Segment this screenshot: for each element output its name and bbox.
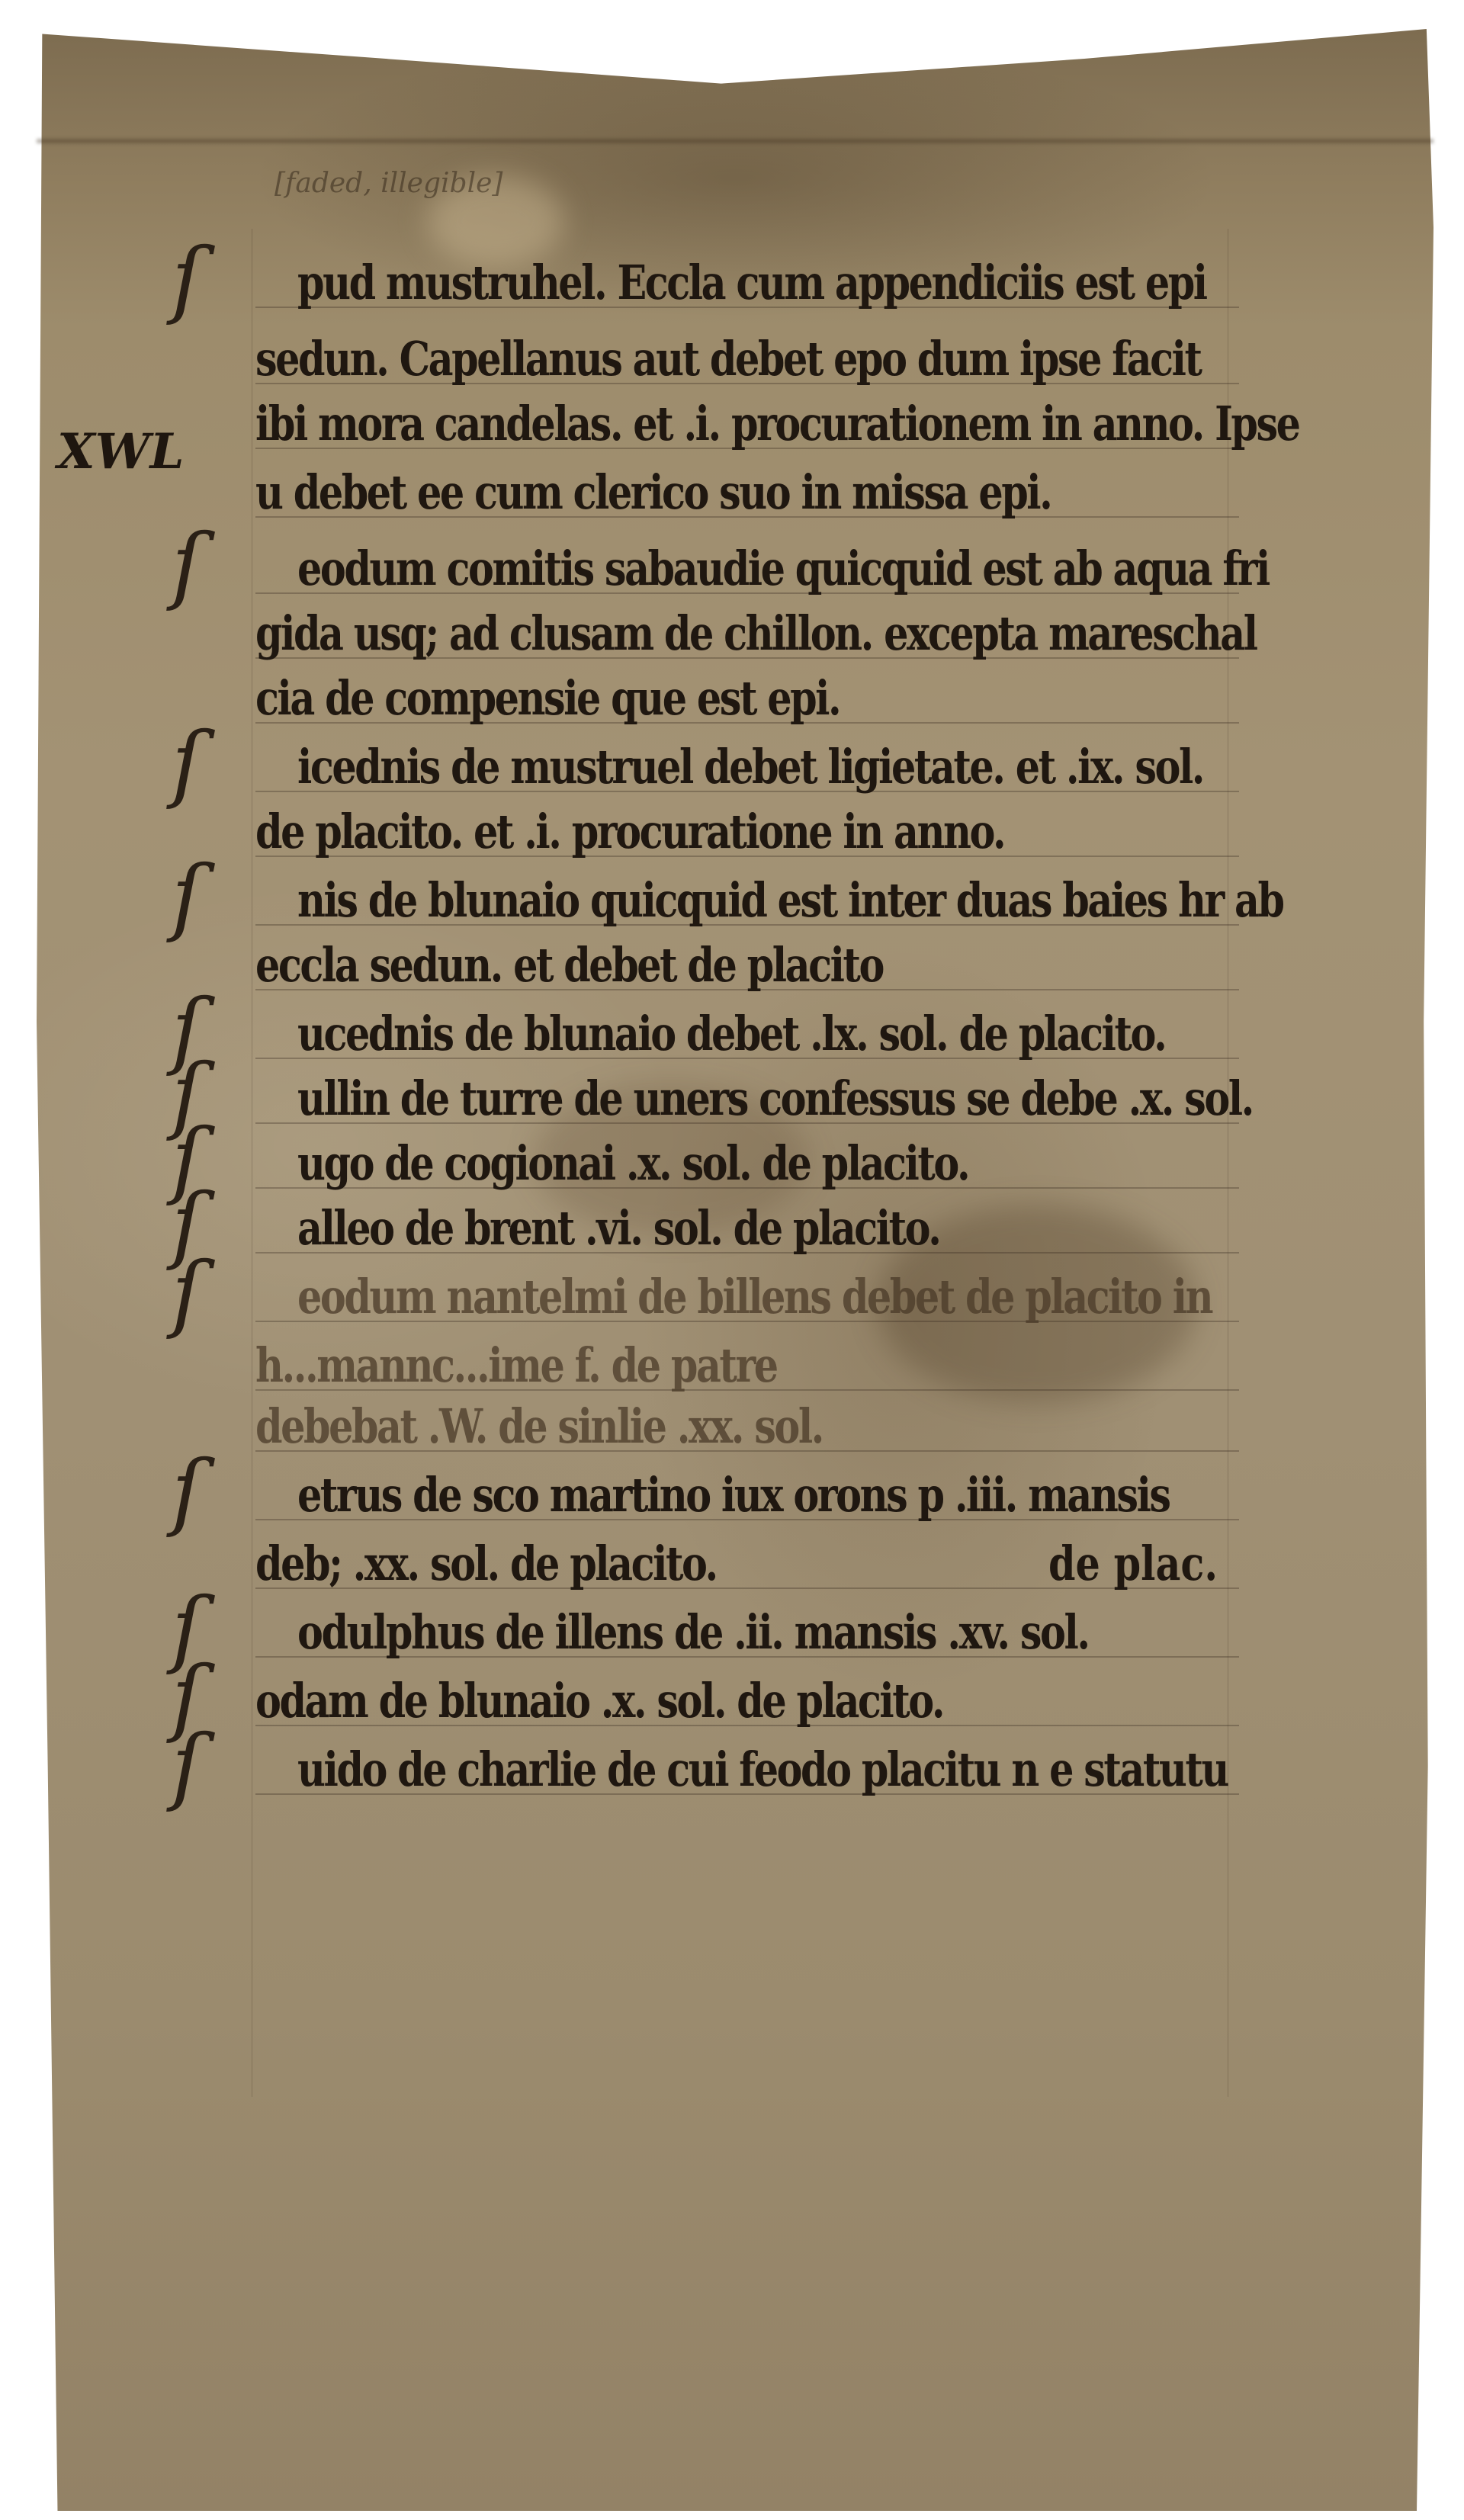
marginal-correction: de plac.	[1048, 1540, 1218, 1587]
manuscript-line: etrus de sco martino iux orons p .iii. m…	[297, 1472, 1170, 1519]
manuscript-line: icednis de mustruel debet ligietate. et …	[297, 743, 1203, 791]
manuscript-line: gida usq; ad clusam de chillon. excepta …	[255, 610, 1257, 657]
manuscript-line: ibi mora candelas. et .i. procurationem …	[255, 400, 1299, 448]
manuscript-line: sedun. Capellanus aut debet epo dum ipse…	[255, 335, 1200, 383]
paragraph-mark-icon: ſ	[172, 1723, 203, 1807]
margin-ruling-right	[1228, 229, 1228, 2097]
paragraph-mark-icon: ſ	[172, 236, 203, 320]
top-annotation: [faded, illegible]	[274, 168, 502, 199]
margin-note: XWL	[57, 423, 185, 480]
manuscript-line: deb; .xx. sol. de placito.	[255, 1540, 717, 1587]
paragraph-mark-icon: ſ	[172, 522, 203, 606]
paragraph-mark-icon: ſ	[172, 1449, 203, 1533]
manuscript-line: alleo de brent .vi. sol. de placito.	[297, 1205, 939, 1252]
manuscript-line: h...mannc...ime f. de patre	[255, 1342, 777, 1389]
fold-crease	[37, 139, 1433, 143]
manuscript-line: eodum comitis sabaudie quicquid est ab a…	[297, 545, 1269, 592]
manuscript-line: cia de compensie que est epi.	[255, 675, 840, 722]
manuscript-line: ugo de cogionai .x. sol. de placito.	[297, 1140, 968, 1187]
manuscript-line: uido de charlie de cui feodo placitu n e…	[297, 1746, 1228, 1793]
manuscript-line: nis de blunaio quicquid est inter duas b…	[297, 877, 1283, 924]
paragraph-mark-icon: ſ	[172, 1250, 203, 1334]
manuscript-line: eccla sedun. et debet de placito	[255, 942, 883, 989]
manuscript-line: de placito. et .i. procuratione in anno.	[255, 808, 1004, 856]
manuscript-line: ucednis de blunaio debet .lx. sol. de pl…	[297, 1010, 1165, 1058]
manuscript-line: eodum nantelmi de billens debet de placi…	[297, 1273, 1212, 1321]
manuscript-line: debebat .W. de sinlie .xx. sol.	[255, 1403, 823, 1450]
manuscript-line: odam de blunaio .x. sol. de placito.	[255, 1677, 943, 1725]
margin-ruling-left	[252, 229, 252, 2097]
manuscript-line: ullin de turre de uners confessus se deb…	[297, 1075, 1253, 1122]
paragraph-mark-icon: ſ	[172, 721, 203, 804]
manuscript-line: pud mustruhel. Eccla cum appendiciis est…	[297, 259, 1206, 307]
manuscript-line: u debet ee cum clerico suo in missa epi.	[255, 469, 1051, 516]
paragraph-mark-icon: ſ	[172, 854, 203, 938]
manuscript-line: odulphus de illens de .ii. mansis .xv. s…	[297, 1609, 1089, 1656]
